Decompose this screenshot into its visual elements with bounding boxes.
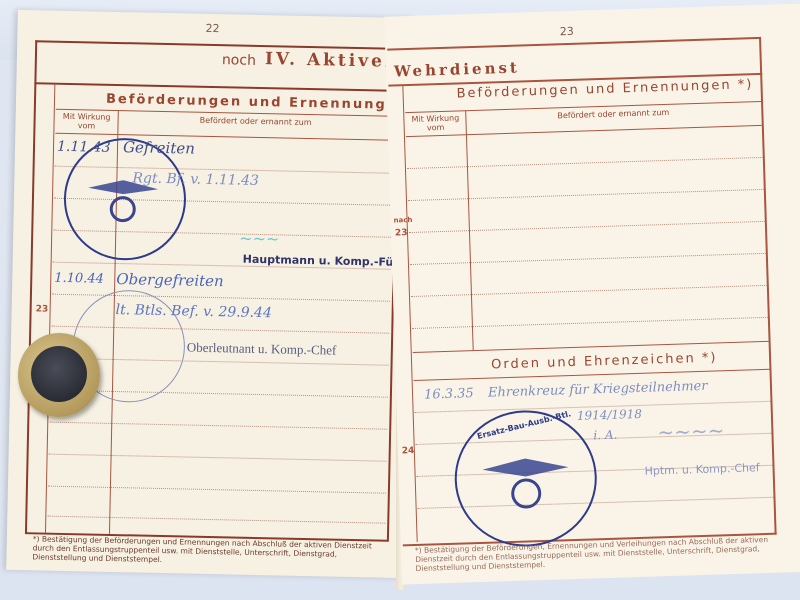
coin (18, 333, 100, 417)
award-years: 1914/1918 (577, 407, 643, 423)
wreath-icon (109, 196, 136, 223)
left-page-number: 22 (205, 22, 219, 35)
entry-1-date: 1.11.43 (57, 139, 111, 156)
right-page: 23 Wehrdienst Beförderungen und Ernennun… (384, 4, 800, 585)
entry-2-note: lt. Btls. Bef. v. 29.9.44 (115, 302, 272, 321)
entry-2-signer-title: Oberleutnant u. Komp.-Chef (187, 340, 337, 359)
col-date-header: Mit Wirkung vom (55, 112, 117, 131)
left-page: 22 noch IV. Aktiver Beförderungen und Er… (6, 10, 416, 578)
col-date-header: Mit Wirkung vom (405, 113, 466, 133)
entry-1-rank: Gefreiten (123, 138, 195, 158)
entry-2-date: 1.10.44 (54, 271, 104, 287)
award-signature: ~~~~ (657, 418, 725, 444)
margin-ref-number: 23 (36, 304, 49, 314)
title-prefix: noch (222, 52, 256, 69)
left-page-title: IV. Aktiver (265, 49, 397, 72)
coin-center (31, 346, 87, 402)
right-page-number: 23 (560, 25, 574, 38)
award-date: 16.3.35 (424, 386, 474, 403)
margin-ref-prefix: nach (393, 216, 412, 225)
margin-ref-number: 23 (395, 228, 408, 238)
entry-1-signature: ~~~ (239, 229, 280, 249)
eagle-icon (482, 457, 569, 478)
entry-1-note: Rgt. Bf. v. 1.11.43 (132, 170, 259, 189)
wreath-icon (511, 478, 542, 509)
award-signature-prefix: i. A. (593, 428, 617, 443)
awards-margin-ref: 24 (402, 446, 415, 456)
entry-2-rank: Obergefreiten (116, 270, 224, 290)
